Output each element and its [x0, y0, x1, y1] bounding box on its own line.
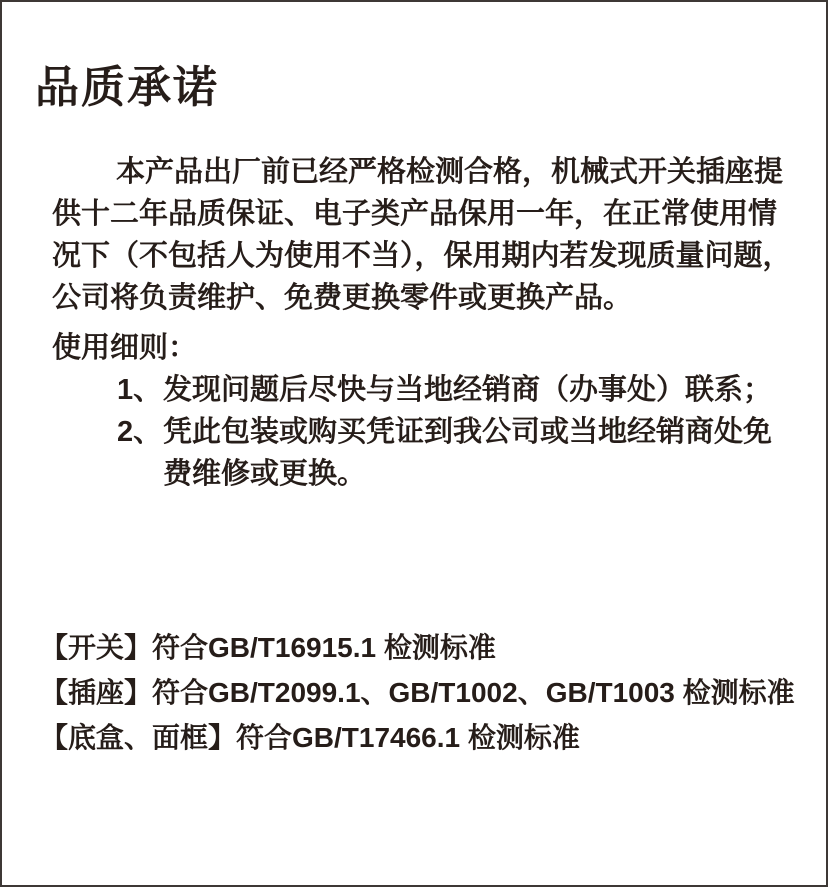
- intro-line-4: 公司将负责维护、免费更换零件或更换产品。: [52, 277, 778, 319]
- standards-section: 【开关】符合GB/T16915.1 检测标准 【插座】符合GB/T2099.1、…: [40, 625, 826, 760]
- rules-heading: 使用细则：: [52, 327, 826, 369]
- page-title: 品质承诺: [35, 62, 826, 115]
- rule-item-2-line-2: 费维修或更换。: [163, 453, 772, 495]
- rules-list: 1、 发现问题后尽快与当地经销商（办事处）联系； 2、 凭此包装或购买凭证到我公…: [117, 369, 826, 495]
- intro-line-3: 况下（不包括人为使用不当），保用期内若发现质量问题，: [52, 235, 778, 277]
- standard-line-box-frame: 【底盒、面框】符合GB/T17466.1 检测标准: [40, 715, 826, 760]
- rule-item-2-marker: 2、: [117, 411, 163, 495]
- rule-item-2: 2、 凭此包装或购买凭证到我公司或当地经销商处免 费维修或更换。: [117, 411, 826, 495]
- rule-item-1-marker: 1、: [117, 369, 163, 411]
- intro-paragraph: 本产品出厂前已经严格检测合格，机械式开关插座提 供十二年品质保证、电子类产品保用…: [52, 151, 778, 319]
- standard-line-socket: 【插座】符合GB/T2099.1、GB/T1002、GB/T1003 检测标准: [40, 670, 826, 715]
- rule-item-1-line-1: 发现问题后尽快与当地经销商（办事处）联系；: [163, 369, 772, 411]
- rule-item-2-line-1: 凭此包装或购买凭证到我公司或当地经销商处免: [163, 411, 772, 453]
- rule-item-2-text: 凭此包装或购买凭证到我公司或当地经销商处免 费维修或更换。: [163, 411, 772, 495]
- rule-item-1-text: 发现问题后尽快与当地经销商（办事处）联系；: [163, 369, 772, 411]
- rule-item-1: 1、 发现问题后尽快与当地经销商（办事处）联系；: [117, 369, 826, 411]
- quality-commitment-page: 品质承诺 本产品出厂前已经严格检测合格，机械式开关插座提 供十二年品质保证、电子…: [0, 0, 828, 887]
- standard-line-switch: 【开关】符合GB/T16915.1 检测标准: [40, 625, 826, 670]
- intro-line-1: 本产品出厂前已经严格检测合格，机械式开关插座提: [52, 151, 778, 193]
- intro-line-2: 供十二年品质保证、电子类产品保用一年，在正常使用情: [52, 193, 778, 235]
